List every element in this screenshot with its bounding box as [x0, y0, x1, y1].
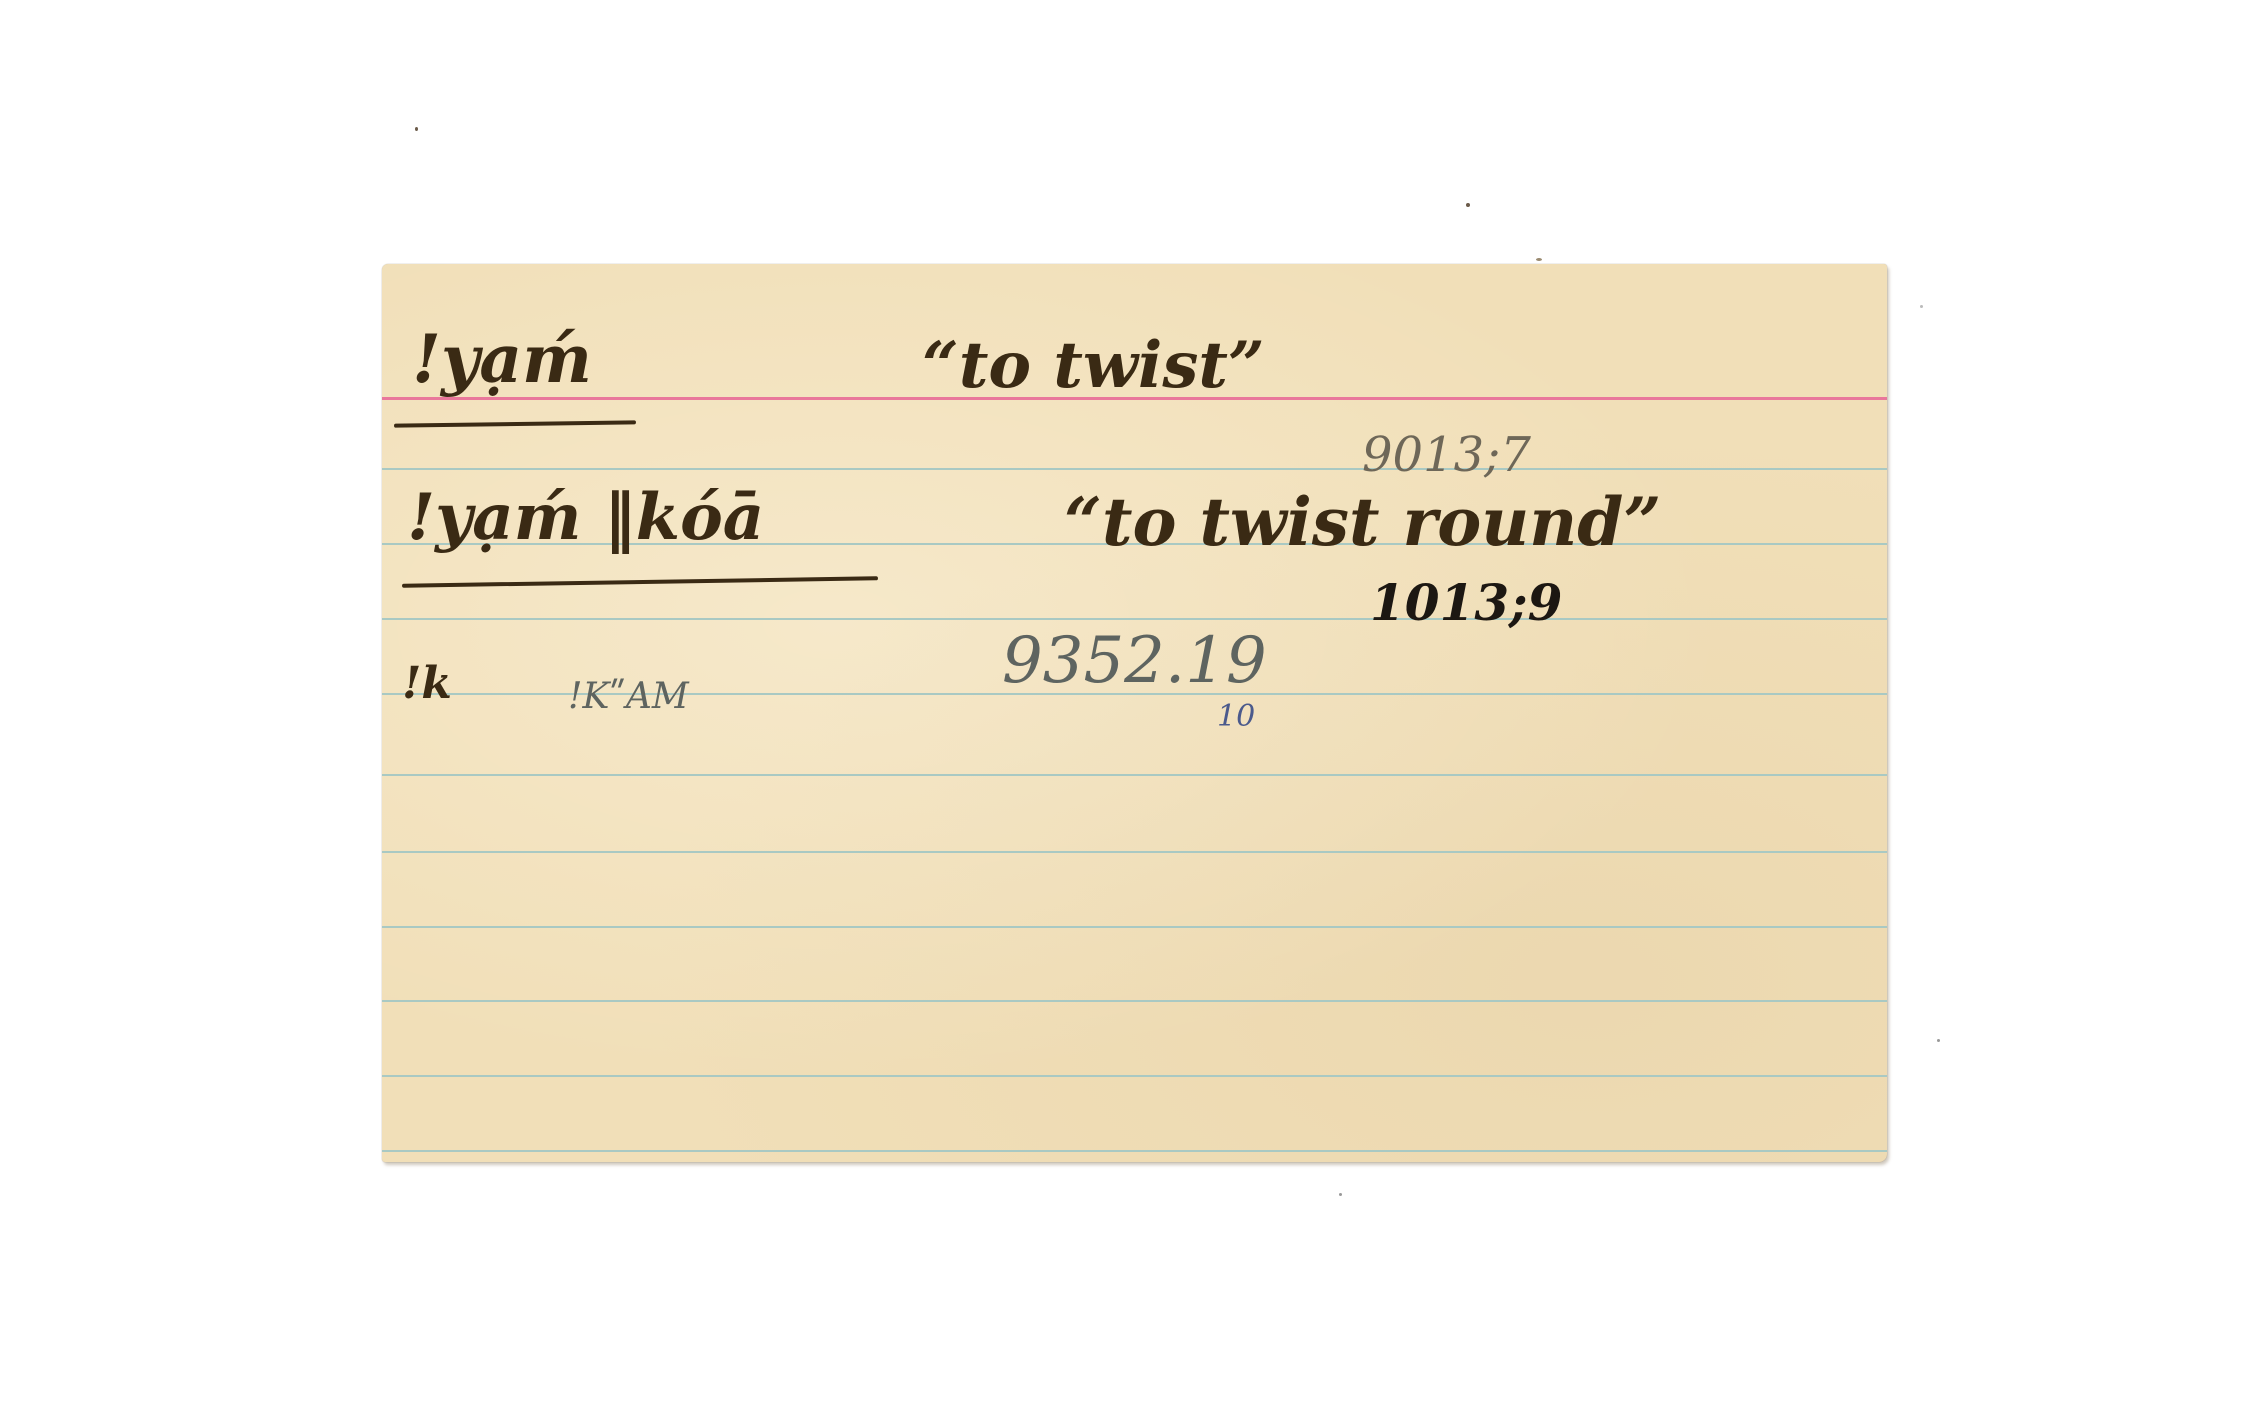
index-card: !yạḿ “to twist” 9013;7 !yạḿ ‖kóā “to t… — [382, 264, 1887, 1162]
small-mark: 10 — [1217, 702, 1255, 732]
ruled-line — [382, 1000, 1887, 1002]
ruled-line — [382, 926, 1887, 928]
dust-speck — [1536, 258, 1542, 261]
entry-term: !yạḿ ‖kóā — [407, 486, 764, 550]
term-underline — [394, 420, 636, 427]
code-label: !k — [402, 662, 452, 706]
dust-speck — [1937, 1039, 1940, 1042]
ruled-line — [382, 468, 1887, 470]
entry-gloss: “to twist round” — [1064, 489, 1661, 555]
entry-gloss: “to twist” — [922, 334, 1265, 398]
phonetic-transcription: !KʺAM — [568, 679, 689, 715]
ruled-line — [382, 774, 1887, 776]
ruled-line — [382, 1150, 1887, 1152]
reference-number-faded: 9013;7 — [1362, 431, 1531, 479]
reference-number: 1013;9 — [1370, 578, 1562, 628]
dust-speck — [1339, 1193, 1342, 1196]
entry-term: !yạḿ — [412, 326, 592, 392]
dust-speck — [415, 127, 418, 131]
term-underline — [402, 576, 878, 587]
dust-speck — [1466, 203, 1470, 207]
catalog-number: 9352.19 — [1002, 629, 1267, 693]
ruled-line — [382, 618, 1887, 620]
ruled-line — [382, 1075, 1887, 1077]
ruled-line — [382, 851, 1887, 853]
dust-speck — [1920, 305, 1923, 308]
